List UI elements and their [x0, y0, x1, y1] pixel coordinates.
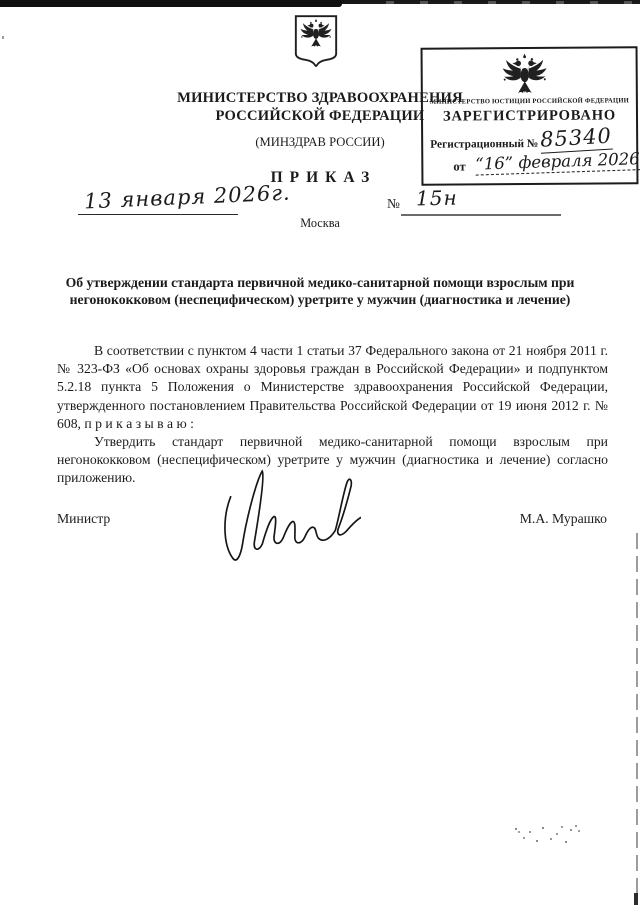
handwritten-number: 15н	[416, 186, 458, 211]
scan-artifact-right-edge	[636, 533, 638, 905]
stamp-eagle-icon	[499, 54, 551, 98]
scan-artifact-dot	[2, 36, 4, 39]
scan-artifact-right-edge-end	[634, 893, 638, 905]
stamp-date-handwritten: “16” февраля 2026.	[475, 149, 640, 176]
date-underline	[78, 214, 238, 215]
scan-artifact-speckles	[515, 828, 517, 830]
stamp-reg-number-handwritten: 85340	[539, 124, 612, 154]
stamp-date-label: от	[453, 159, 465, 174]
signer-name: М.А. Мурашко	[0, 511, 607, 527]
document-page: МИНИСТЕРСТВО ЗДРАВООХРАНЕНИЯ РОССИЙСКОЙ …	[0, 0, 640, 905]
scan-artifact-top-line-dashes	[360, 1, 640, 4]
city-label: Москва	[0, 216, 640, 231]
body-paragraph-1: В соответствии с пунктом 4 части 1 стать…	[57, 342, 608, 433]
number-sign: №	[387, 196, 400, 212]
stamp-reg-number-label: Регистрационный №	[430, 138, 538, 151]
coat-of-arms-icon	[292, 13, 340, 75]
number-underline	[401, 214, 561, 216]
scan-artifact-top-line-thick	[0, 0, 342, 7]
registration-stamp: МИНИСТЕРСТВО ЮСТИЦИИ РОССИЙСКОЙ ФЕДЕРАЦИ…	[421, 46, 639, 186]
stamp-authority: МИНИСТЕРСТВО ЮСТИЦИИ РОССИЙСКОЙ ФЕДЕРАЦИ…	[423, 97, 636, 105]
document-title: Об утверждении стандарта первичной медик…	[60, 275, 580, 308]
